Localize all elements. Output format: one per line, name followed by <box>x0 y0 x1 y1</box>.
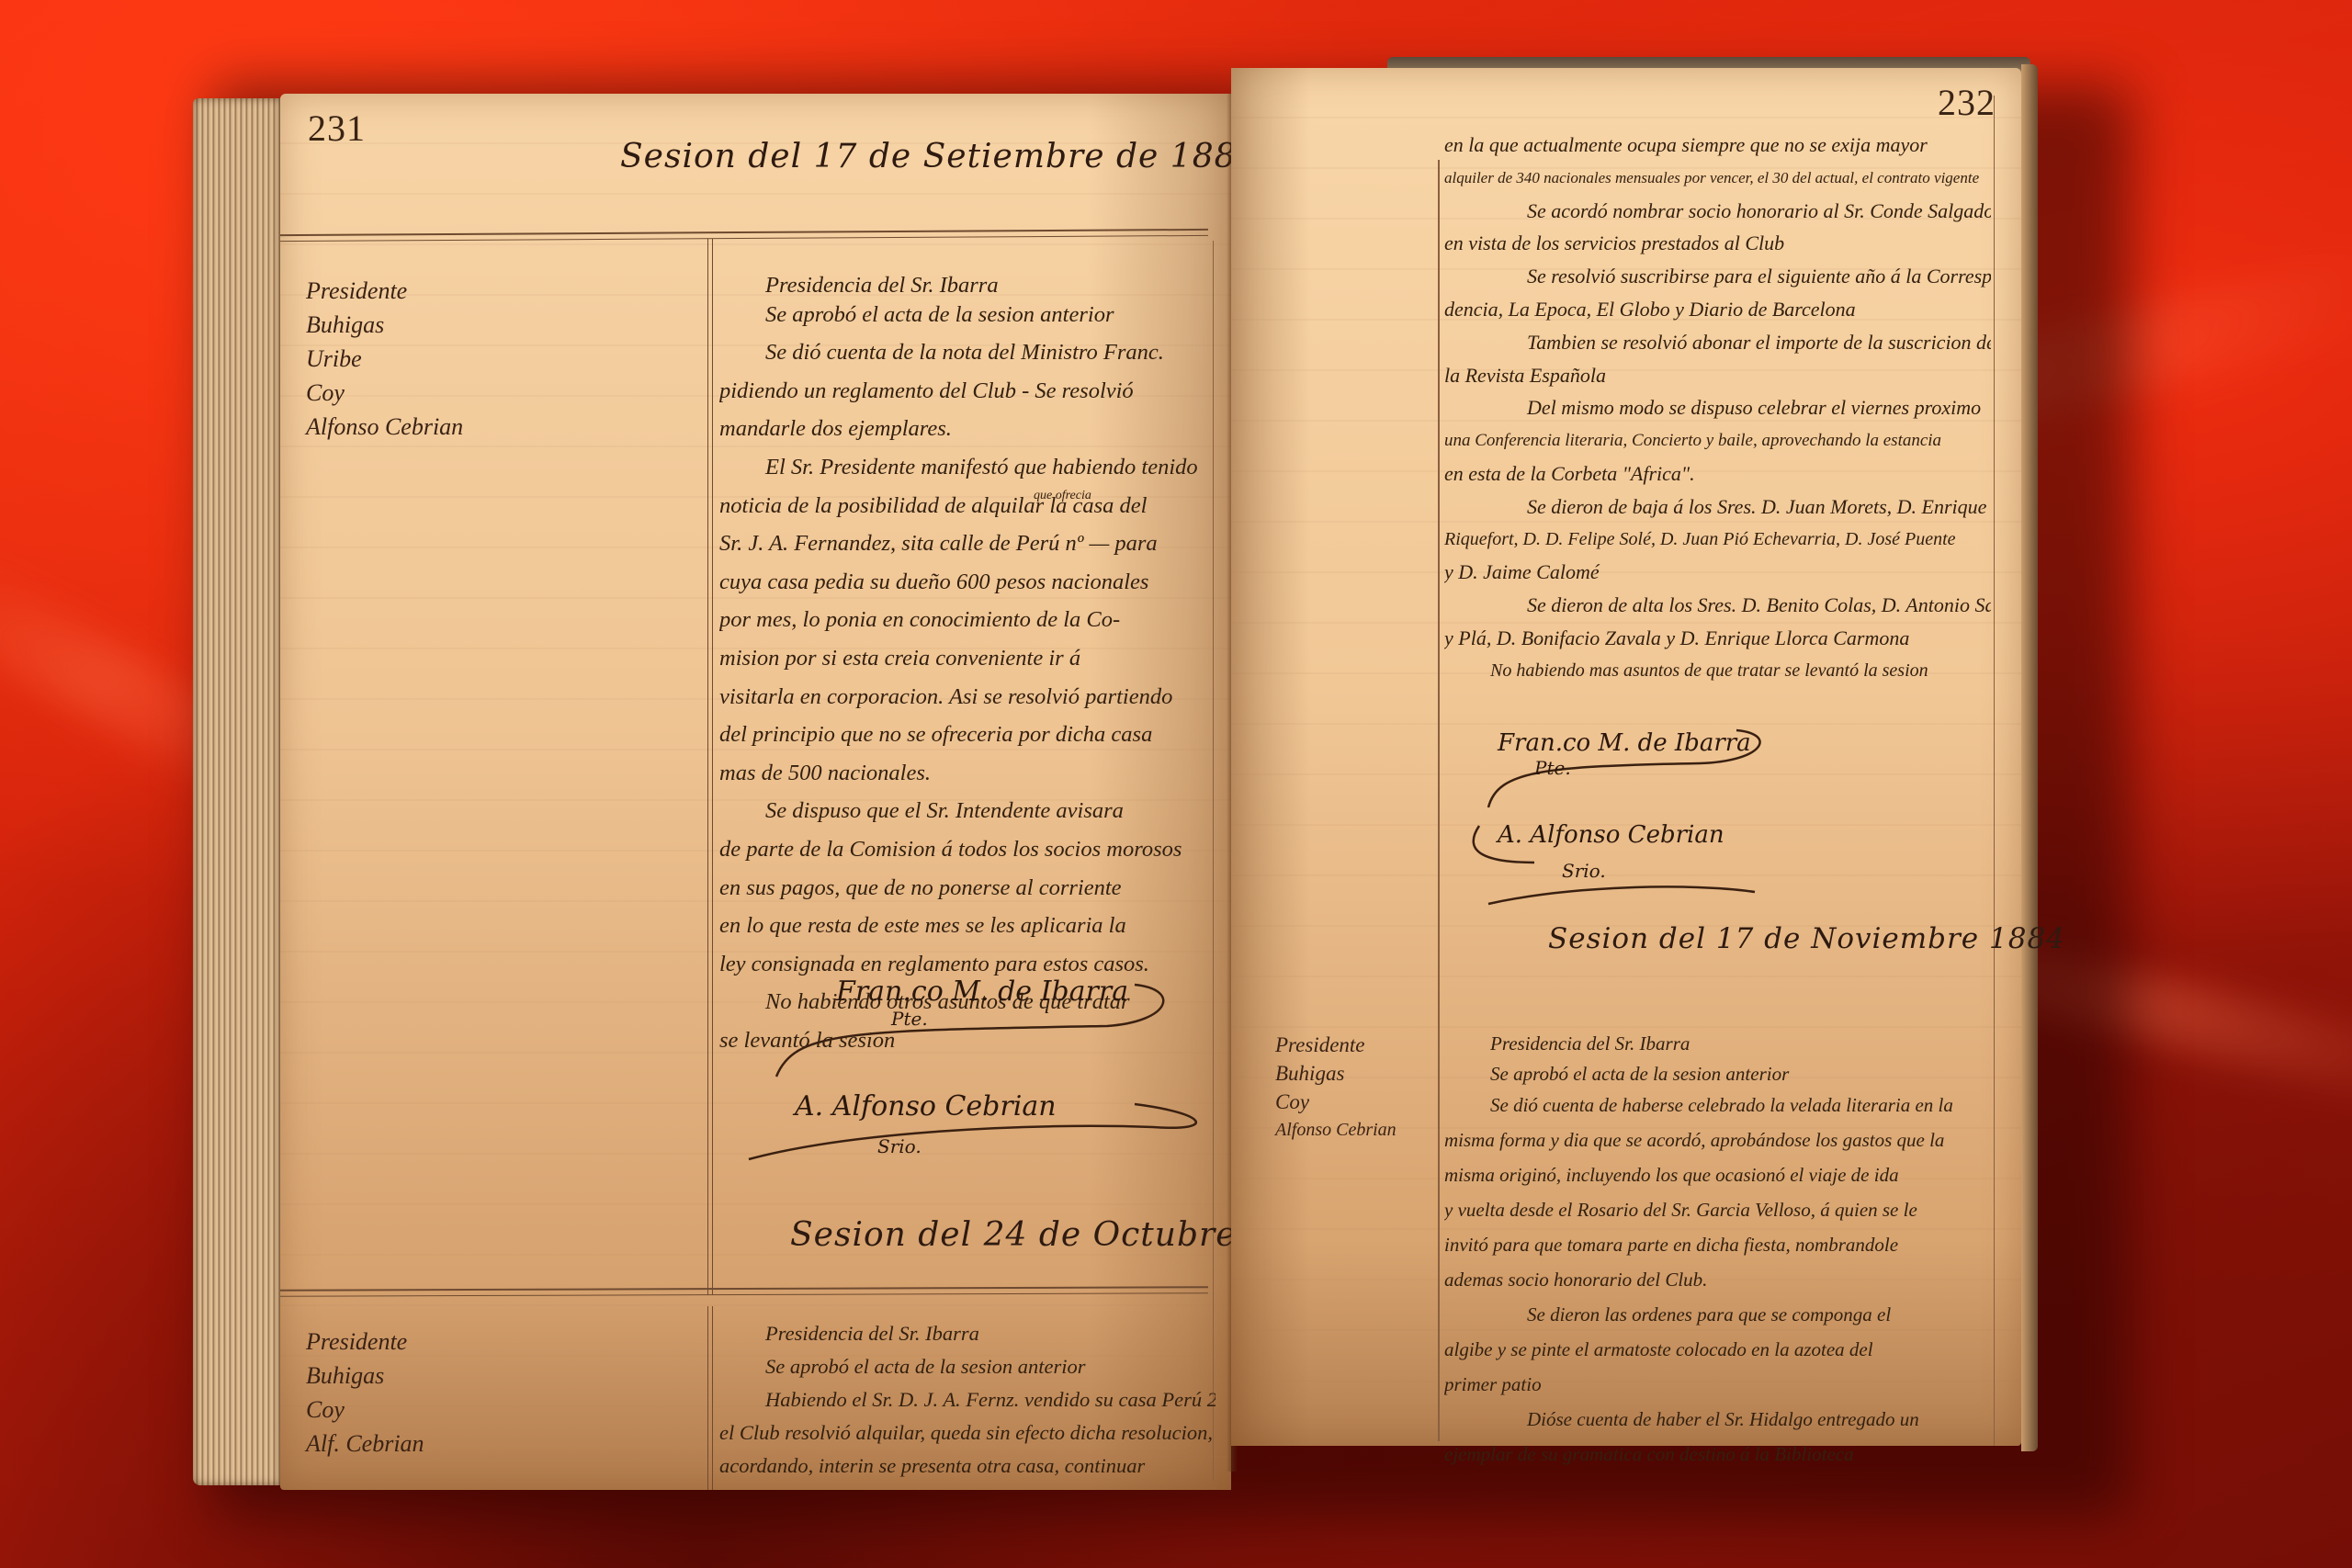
signature-secretary: A. Alfonso Cebrian Srio. <box>1498 821 1724 882</box>
minutes-line: cuya casa pedia su dueño 600 pesos nacio… <box>719 563 1206 602</box>
session-title: Sesion del 17 de Noviembre 1884 <box>1548 922 2065 955</box>
minutes-line: Se dieron las ordenes para que se compon… <box>1444 1297 1991 1332</box>
attendees-list: Presidente Buhigas Coy Alf. Cebrian <box>306 1325 424 1461</box>
book-cover-right-edge <box>2021 64 2038 1451</box>
session-title: Sesion del 17 de Setiembre de 1884 <box>620 138 1258 175</box>
minutes-line: Se aprobó el acta de la sesion anterior <box>719 1350 1216 1383</box>
minutes-line: primer patio <box>1444 1367 1991 1402</box>
minutes-line: Se dieron de baja á los Sres. D. Juan Mo… <box>1444 491 1991 524</box>
minutes-line: algibe y se pinte el armatoste colocado … <box>1444 1332 1991 1367</box>
minutes-line: en la que actualmente ocupa siempre que … <box>1444 129 1991 162</box>
margin-column-rule <box>707 1306 713 1490</box>
minutes-line: invitó para que tomara parte en dicha fi… <box>1444 1227 1991 1262</box>
minutes-line: dencia, La Epoca, El Globo y Diario de B… <box>1444 293 1991 326</box>
minutes-line: El Sr. Presidente manifestó que habiendo… <box>719 448 1206 487</box>
minutes-line: y vuelta desde el Rosario del Sr. Garcia… <box>1444 1192 1991 1227</box>
minutes-line: Sr. J. A. Fernandez, sita calle de Perú … <box>719 525 1206 563</box>
minutes-line: noticia de la posibilidad de alquilar la… <box>719 487 1206 525</box>
minutes-line: el Club resolvió alquilar, queda sin efe… <box>719 1416 1216 1450</box>
right-margin-rule <box>1994 96 1995 1446</box>
attendee: Alfonso Cebrian <box>306 410 463 444</box>
minutes-line: ejemplar de su gramatica con destino á l… <box>1444 1437 1991 1472</box>
page-number: 231 <box>308 107 366 150</box>
attendees-list: Presidente Buhigas Uribe Coy Alfonso Ceb… <box>306 274 463 444</box>
attendee: Presidente <box>306 1325 424 1359</box>
attendee: Buhigas <box>306 1359 424 1393</box>
minutes-line: pidiendo un reglamento del Club - Se res… <box>719 372 1206 411</box>
attendee: Alf. Cebrian <box>306 1427 424 1461</box>
minutes-line: Se aprobó el acta de la sesion anterior <box>719 296 1206 334</box>
minutes-line: Se dispuso que el Sr. Intendente avisara <box>719 792 1206 830</box>
minutes-line: Riquefort, D. D. Felipe Solé, D. Juan Pi… <box>1444 524 1991 557</box>
signature-name: A. Alfonso Cebrian <box>795 1090 1057 1122</box>
attendee: Uribe <box>306 342 463 376</box>
minutes-line: en lo que resta de este mes se les aplic… <box>719 907 1206 945</box>
interlinear-note: que ofrecia <box>1034 489 1091 503</box>
minutes-line: Se resolvió suscribirse para el siguient… <box>1444 260 1991 293</box>
session-minutes: Presidencia del Sr. Ibarra Se aprobó el … <box>719 1317 1216 1483</box>
session-minutes: Presidencia del Sr. Ibarra Se aprobó el … <box>1444 1028 1991 1472</box>
session-double-rule <box>280 1286 1208 1297</box>
minutes-line: del principio que no se ofreceria por di… <box>719 716 1206 754</box>
signature-role: Srio. <box>1562 860 1724 882</box>
signature-secretary: A. Alfonso Cebrian Srio. <box>795 1090 1057 1157</box>
left-margin-rule <box>1438 160 1440 1441</box>
minutes-line: en sus pagos, que de no ponerse al corri… <box>719 869 1206 908</box>
open-minute-book: 231 Sesion del 17 de Setiembre de 1884 P… <box>193 57 2122 1499</box>
attendee: Alfonso Cebrian <box>1275 1116 1396 1145</box>
attendee: Coy <box>306 1393 424 1427</box>
signature-name: A. Alfonso Cebrian <box>1498 821 1724 849</box>
minutes-line: Presidencia del Sr. Ibarra <box>1444 1028 1991 1060</box>
attendees-list: Presidente Buhigas Coy Alfonso Cebrian <box>1275 1031 1396 1145</box>
right-page: 232 en la que actualmente ocupa siempre … <box>1231 68 2021 1446</box>
minutes-line: Dióse cuenta de haber el Sr. Hidalgo ent… <box>1444 1402 1991 1437</box>
margin-column-rule <box>707 239 713 1295</box>
minutes-line: No habiendo mas asuntos de que tratar se… <box>1444 655 1991 688</box>
session-minutes: Presidencia del Sr. Ibarra Se aprobó el … <box>719 266 1206 1059</box>
signature-flourish <box>740 976 1254 1196</box>
signature-name: Fran.co M. de Ibarra <box>1498 729 1751 757</box>
minutes-line: alquiler de 340 nacionales mensuales por… <box>1444 162 1991 195</box>
right-margin-rule <box>1213 241 1214 1481</box>
page-number: 232 <box>1938 81 1996 124</box>
minutes-line: en vista de los servicios prestados al C… <box>1444 227 1991 260</box>
minutes-line: de parte de la Comision á todos los soci… <box>719 830 1206 869</box>
minutes-line: mision por si esta creia conveniente ir … <box>719 639 1206 678</box>
signature-president: Fran.co M. de Ibarra Pte. <box>1498 729 1751 779</box>
minutes-line: misma originó, incluyendo los que ocasio… <box>1444 1157 1991 1192</box>
minutes-line: Se acordó nombrar socio honorario al Sr.… <box>1444 195 1991 228</box>
minutes-line: una Conferencia literaria, Concierto y b… <box>1444 424 1991 457</box>
minutes-line: Se dieron de alta los Sres. D. Benito Co… <box>1444 589 1991 622</box>
minutes-line: acordando, interin se presenta otra casa… <box>719 1450 1216 1483</box>
attendee: Coy <box>1275 1088 1396 1116</box>
minutes-line: ademas socio honorario del Club. <box>1444 1262 1991 1297</box>
minutes-line: Se aprobó el acta de la sesion anterior <box>1444 1060 1991 1088</box>
attendee: Buhigas <box>306 308 463 342</box>
header-double-rule <box>280 229 1208 242</box>
minutes-line: Del mismo modo se dispuso celebrar el vi… <box>1444 391 1991 424</box>
minutes-line: Se dió cuenta de haberse celebrado la ve… <box>1444 1088 1991 1122</box>
signature-role: Pte. <box>1534 757 1751 779</box>
minutes-line: y D. Jaime Calomé <box>1444 556 1991 589</box>
minutes-line: por mes, lo ponia en conocimiento de la … <box>719 601 1206 639</box>
minutes-line: en esta de la Corbeta "Africa". <box>1444 457 1991 491</box>
minutes-line: visitarla en corporacion. Asi se resolvi… <box>719 678 1206 716</box>
minutes-line: mandarle dos ejemplares. <box>719 410 1206 448</box>
attendee: Presidente <box>306 274 463 308</box>
attendee: Presidente <box>1275 1031 1396 1059</box>
minutes-line: misma forma y dia que se acordó, aprobán… <box>1444 1122 1991 1157</box>
minutes-line: y Plá, D. Bonifacio Zavala y D. Enrique … <box>1444 622 1991 655</box>
minutes-line: Presidencia del Sr. Ibarra <box>719 1317 1216 1350</box>
page-edges-stack <box>193 98 280 1485</box>
minutes-line: Habiendo el Sr. D. J. A. Fernz. vendido … <box>719 1383 1216 1416</box>
left-page: 231 Sesion del 17 de Setiembre de 1884 P… <box>280 94 1231 1490</box>
continued-minutes: en la que actualmente ocupa siempre que … <box>1444 129 1991 688</box>
attendee: Buhigas <box>1275 1059 1396 1088</box>
attendee: Coy <box>306 376 463 410</box>
minutes-line: Se dió cuenta de la nota del Ministro Fr… <box>719 333 1206 372</box>
minutes-line: mas de 500 nacionales. <box>719 754 1206 793</box>
minutes-line: la Revista Española <box>1444 359 1991 392</box>
minutes-line: Tambien se resolvió abonar el importe de… <box>1444 326 1991 359</box>
signature-role: Srio. <box>877 1135 1057 1157</box>
